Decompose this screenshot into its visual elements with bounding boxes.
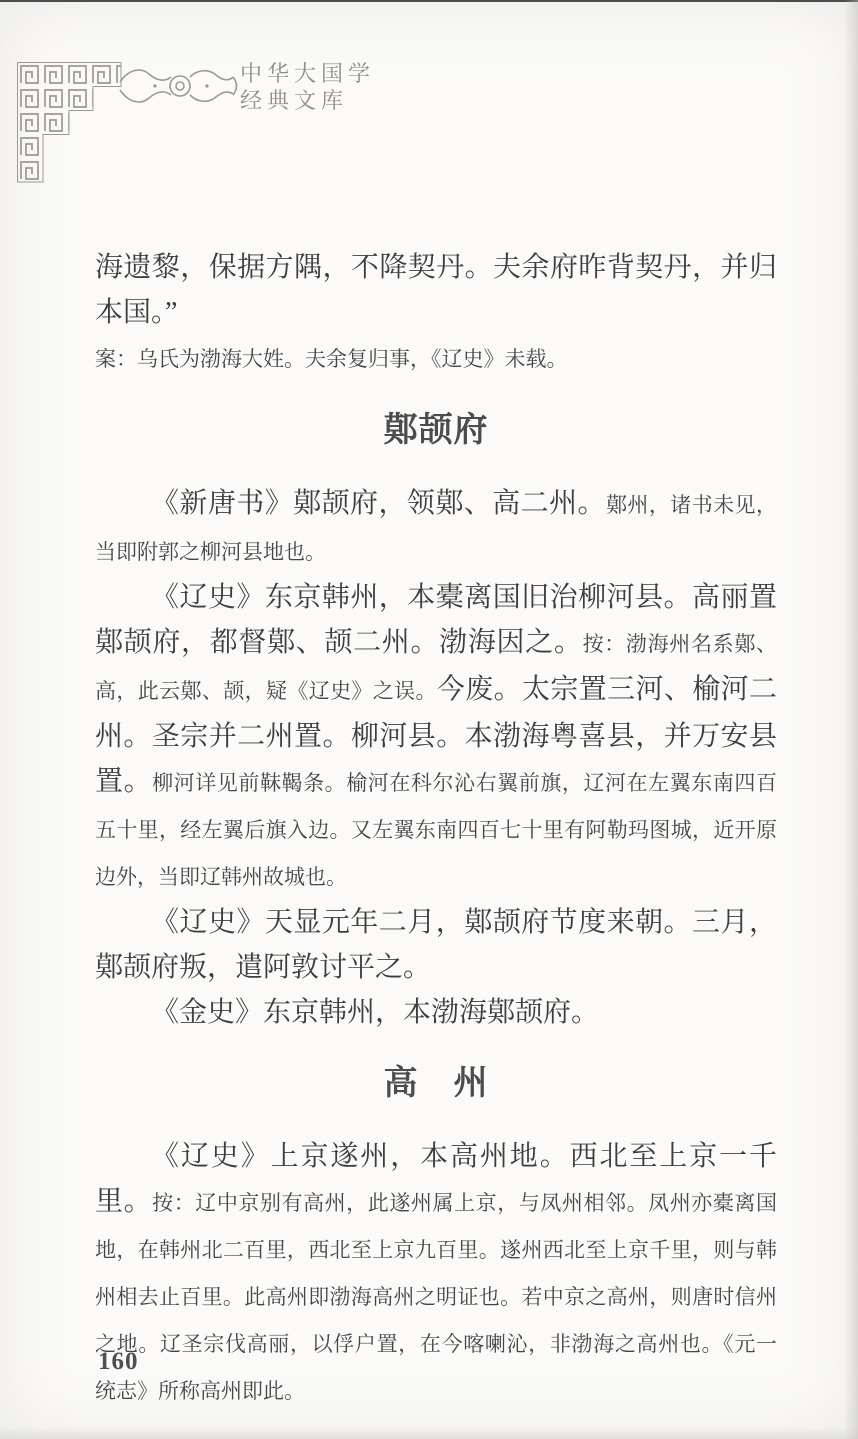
paragraph: 《辽史》天显元年二月，鄚颉府节度来朝。三月，鄚颉府叛，遣阿敦讨平之。 xyxy=(95,900,777,990)
paragraph: 海遗黎，保据方隅，不降契丹。夫余府昨背契丹，并归本国。” xyxy=(95,245,777,335)
paragraph: 《新唐书》鄚颉府，领鄚、高二州。鄚州，诸书未见，当即附郭之柳河县地也。 xyxy=(95,481,777,575)
main-text: 《新唐书》鄚颉府，领鄚、高二州。 xyxy=(151,488,606,519)
commentary-text: 柳河详见前靺鞨条。榆河在科尔沁右翼前旗，辽河在左翼东南四百五十里，经左翼后旗入边… xyxy=(95,771,777,889)
main-text: 海遗黎，保据方隅，不降契丹。夫余府昨背契丹，并归本国。” xyxy=(95,252,777,328)
section-heading: 高 州 xyxy=(95,1061,777,1106)
page-number: 160 xyxy=(98,1348,139,1375)
section-heading: 鄚颉府 xyxy=(95,408,777,453)
page-header: 中华大国学 经典文库 xyxy=(0,0,858,210)
commentary-text: 按：辽中京别有高州，此遂州属上京，与凤州相邻。凤州亦橐离国地，在韩州北二百里，西… xyxy=(95,1191,777,1403)
commentary-text: 案：乌氏为渤海大姓。夫余复归事，《辽史》未载。 xyxy=(95,347,568,371)
book-page: 中华大国学 经典文库 海遗黎，保据方隅，不降契丹。夫余府昨背契丹，并归本国。”案… xyxy=(0,0,858,1439)
series-title-line2: 经典文库 xyxy=(240,87,375,114)
page-footer: 160 xyxy=(98,1348,139,1376)
paragraph: 《辽史》上京遂州，本高州地。西北至上京一千里。按：辽中京别有高州，此遂州属上京，… xyxy=(95,1134,777,1414)
meander-corner xyxy=(17,62,121,182)
series-title: 中华大国学 经典文库 xyxy=(240,60,375,114)
paragraph: 《金史》东京韩州，本渤海鄚颉府。 xyxy=(95,990,777,1035)
series-title-line1: 中华大国学 xyxy=(240,60,375,87)
scan-edge-shading-right xyxy=(844,0,858,1439)
paragraph: 《辽史》东京韩州，本橐离国旧治柳河县。高丽置鄚颉府，都督鄚、颉二州。渤海因之。按… xyxy=(95,575,777,900)
paragraph: 案：乌氏为渤海大姓。夫余复归事，《辽史》未载。 xyxy=(95,335,777,382)
document-body: 海遗黎，保据方隅，不降契丹。夫余府昨背契丹，并归本国。”案：乌氏为渤海大姓。夫余… xyxy=(95,245,777,1414)
scroll-flourish xyxy=(120,70,237,102)
main-text: 《金史》东京韩州，本渤海鄚颉府。 xyxy=(151,997,599,1028)
main-text: 《辽史》天显元年二月，鄚颉府节度来朝。三月，鄚颉府叛，遣阿敦讨平之。 xyxy=(95,907,777,983)
scan-edge-shading-bottom xyxy=(0,1427,858,1439)
